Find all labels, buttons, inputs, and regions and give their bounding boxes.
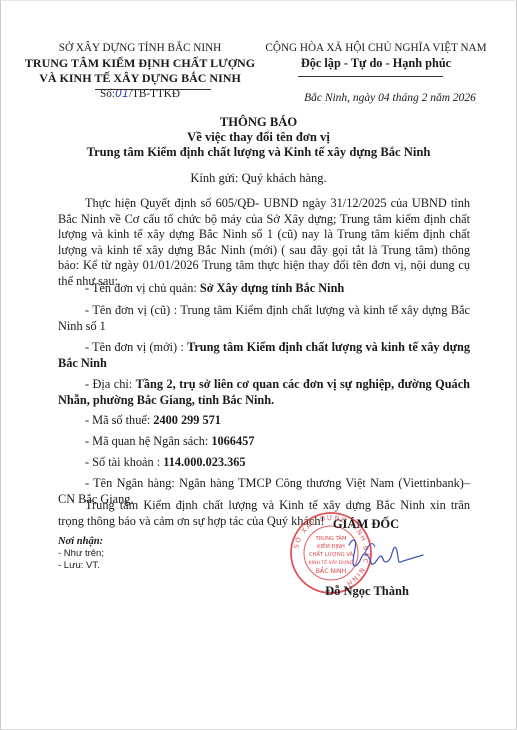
header-left-underline	[95, 89, 211, 90]
org-name-line1: TRUNG TÂM KIỂM ĐỊNH CHẤT LƯỢNG	[20, 56, 260, 71]
item-label: - Tên đơn vị (cũ) :	[85, 303, 180, 317]
item-address: - Địa chỉ: Tầng 2, trụ sở liên cơ quan c…	[58, 377, 470, 408]
signer-title: GIÁM ĐỐC	[316, 517, 416, 532]
national-motto: Độc lập - Tự do - Hạnh phúc	[258, 56, 494, 71]
issuing-agency-block: SỞ XÂY DỰNG TỈNH BẮC NINH TRUNG TÂM KIỂM…	[20, 41, 260, 102]
recipient-item: - Lưu: VT.	[58, 560, 104, 572]
svg-text:KIỂM ĐỊNH: KIỂM ĐỊNH	[317, 542, 345, 550]
subject-line-1: Về việc thay đổi tên đơn vị	[40, 130, 477, 145]
item-managing-unit: - Tên đơn vị chủ quản: Sở Xây dựng tỉnh …	[58, 281, 470, 297]
item-label: - Mã số thuế:	[85, 413, 153, 427]
signer-name: Đỗ Ngọc Thành	[302, 584, 432, 599]
notice-title-block: THÔNG BÁO Về việc thay đổi tên đơn vị Tr…	[40, 115, 477, 160]
item-label: - Tên đơn vị (mới) :	[85, 340, 187, 354]
recipient-item: - Như trên;	[58, 548, 104, 560]
handwritten-signature	[345, 535, 425, 575]
item-value: 114.000.023.365	[163, 455, 245, 469]
item-value: Sở Xây dựng tỉnh Bắc Ninh	[200, 281, 344, 295]
item-label: - Tên Ngân hàng:	[85, 476, 179, 490]
subject-line-2: Trung tâm Kiểm định chất lượng và Kinh t…	[40, 145, 477, 160]
item-value: 2400 299 571	[153, 413, 221, 427]
item-budget-code: - Mã quan hệ Ngân sách: 1066457	[58, 434, 470, 450]
svg-text:BẮC NINH: BẮC NINH	[316, 565, 347, 575]
item-tax-code: - Mã số thuế: 2400 299 571	[58, 413, 470, 429]
item-label: - Tên đơn vị chủ quản:	[85, 281, 200, 295]
recipients-block: Nơi nhận: - Như trên; - Lưu: VT.	[58, 535, 104, 571]
document-type: THÔNG BÁO	[40, 115, 477, 130]
org-name-line2: VÀ KINH TẾ XÂY DỰNG BẮC NINH	[20, 71, 260, 86]
intro-paragraph: Thực hiện Quyết định số 605/QĐ- UBND ngà…	[58, 196, 470, 290]
nation-title: CỘNG HÒA XÃ HỘI CHỦ NGHĨA VIỆT NAM	[258, 41, 494, 56]
item-value: 1066457	[211, 434, 254, 448]
item-old-name: - Tên đơn vị (cũ) : Trung tâm Kiểm định …	[58, 303, 470, 334]
greeting: Kính gửi: Quý khách hàng.	[40, 171, 477, 186]
item-label: - Số tài khoản :	[85, 455, 163, 469]
header-right-underline	[298, 76, 443, 77]
item-label: - Địa chỉ:	[85, 377, 136, 391]
place-and-date: Bắc Ninh, ngày 04 tháng 2 năm 2026	[280, 92, 500, 104]
item-label: - Mã quan hệ Ngân sách:	[85, 434, 211, 448]
recipients-label: Nơi nhận:	[58, 535, 104, 548]
national-header-block: CỘNG HÒA XÃ HỘI CHỦ NGHĨA VIỆT NAM Độc l…	[258, 41, 494, 71]
item-account-number: - Số tài khoản : 114.000.023.365	[58, 455, 470, 471]
item-new-name: - Tên đơn vị (mới) : Trung tâm Kiểm định…	[58, 340, 470, 371]
svg-text:TRUNG TÂM: TRUNG TÂM	[315, 535, 347, 542]
parent-agency: SỞ XÂY DỰNG TỈNH BẮC NINH	[20, 41, 260, 56]
